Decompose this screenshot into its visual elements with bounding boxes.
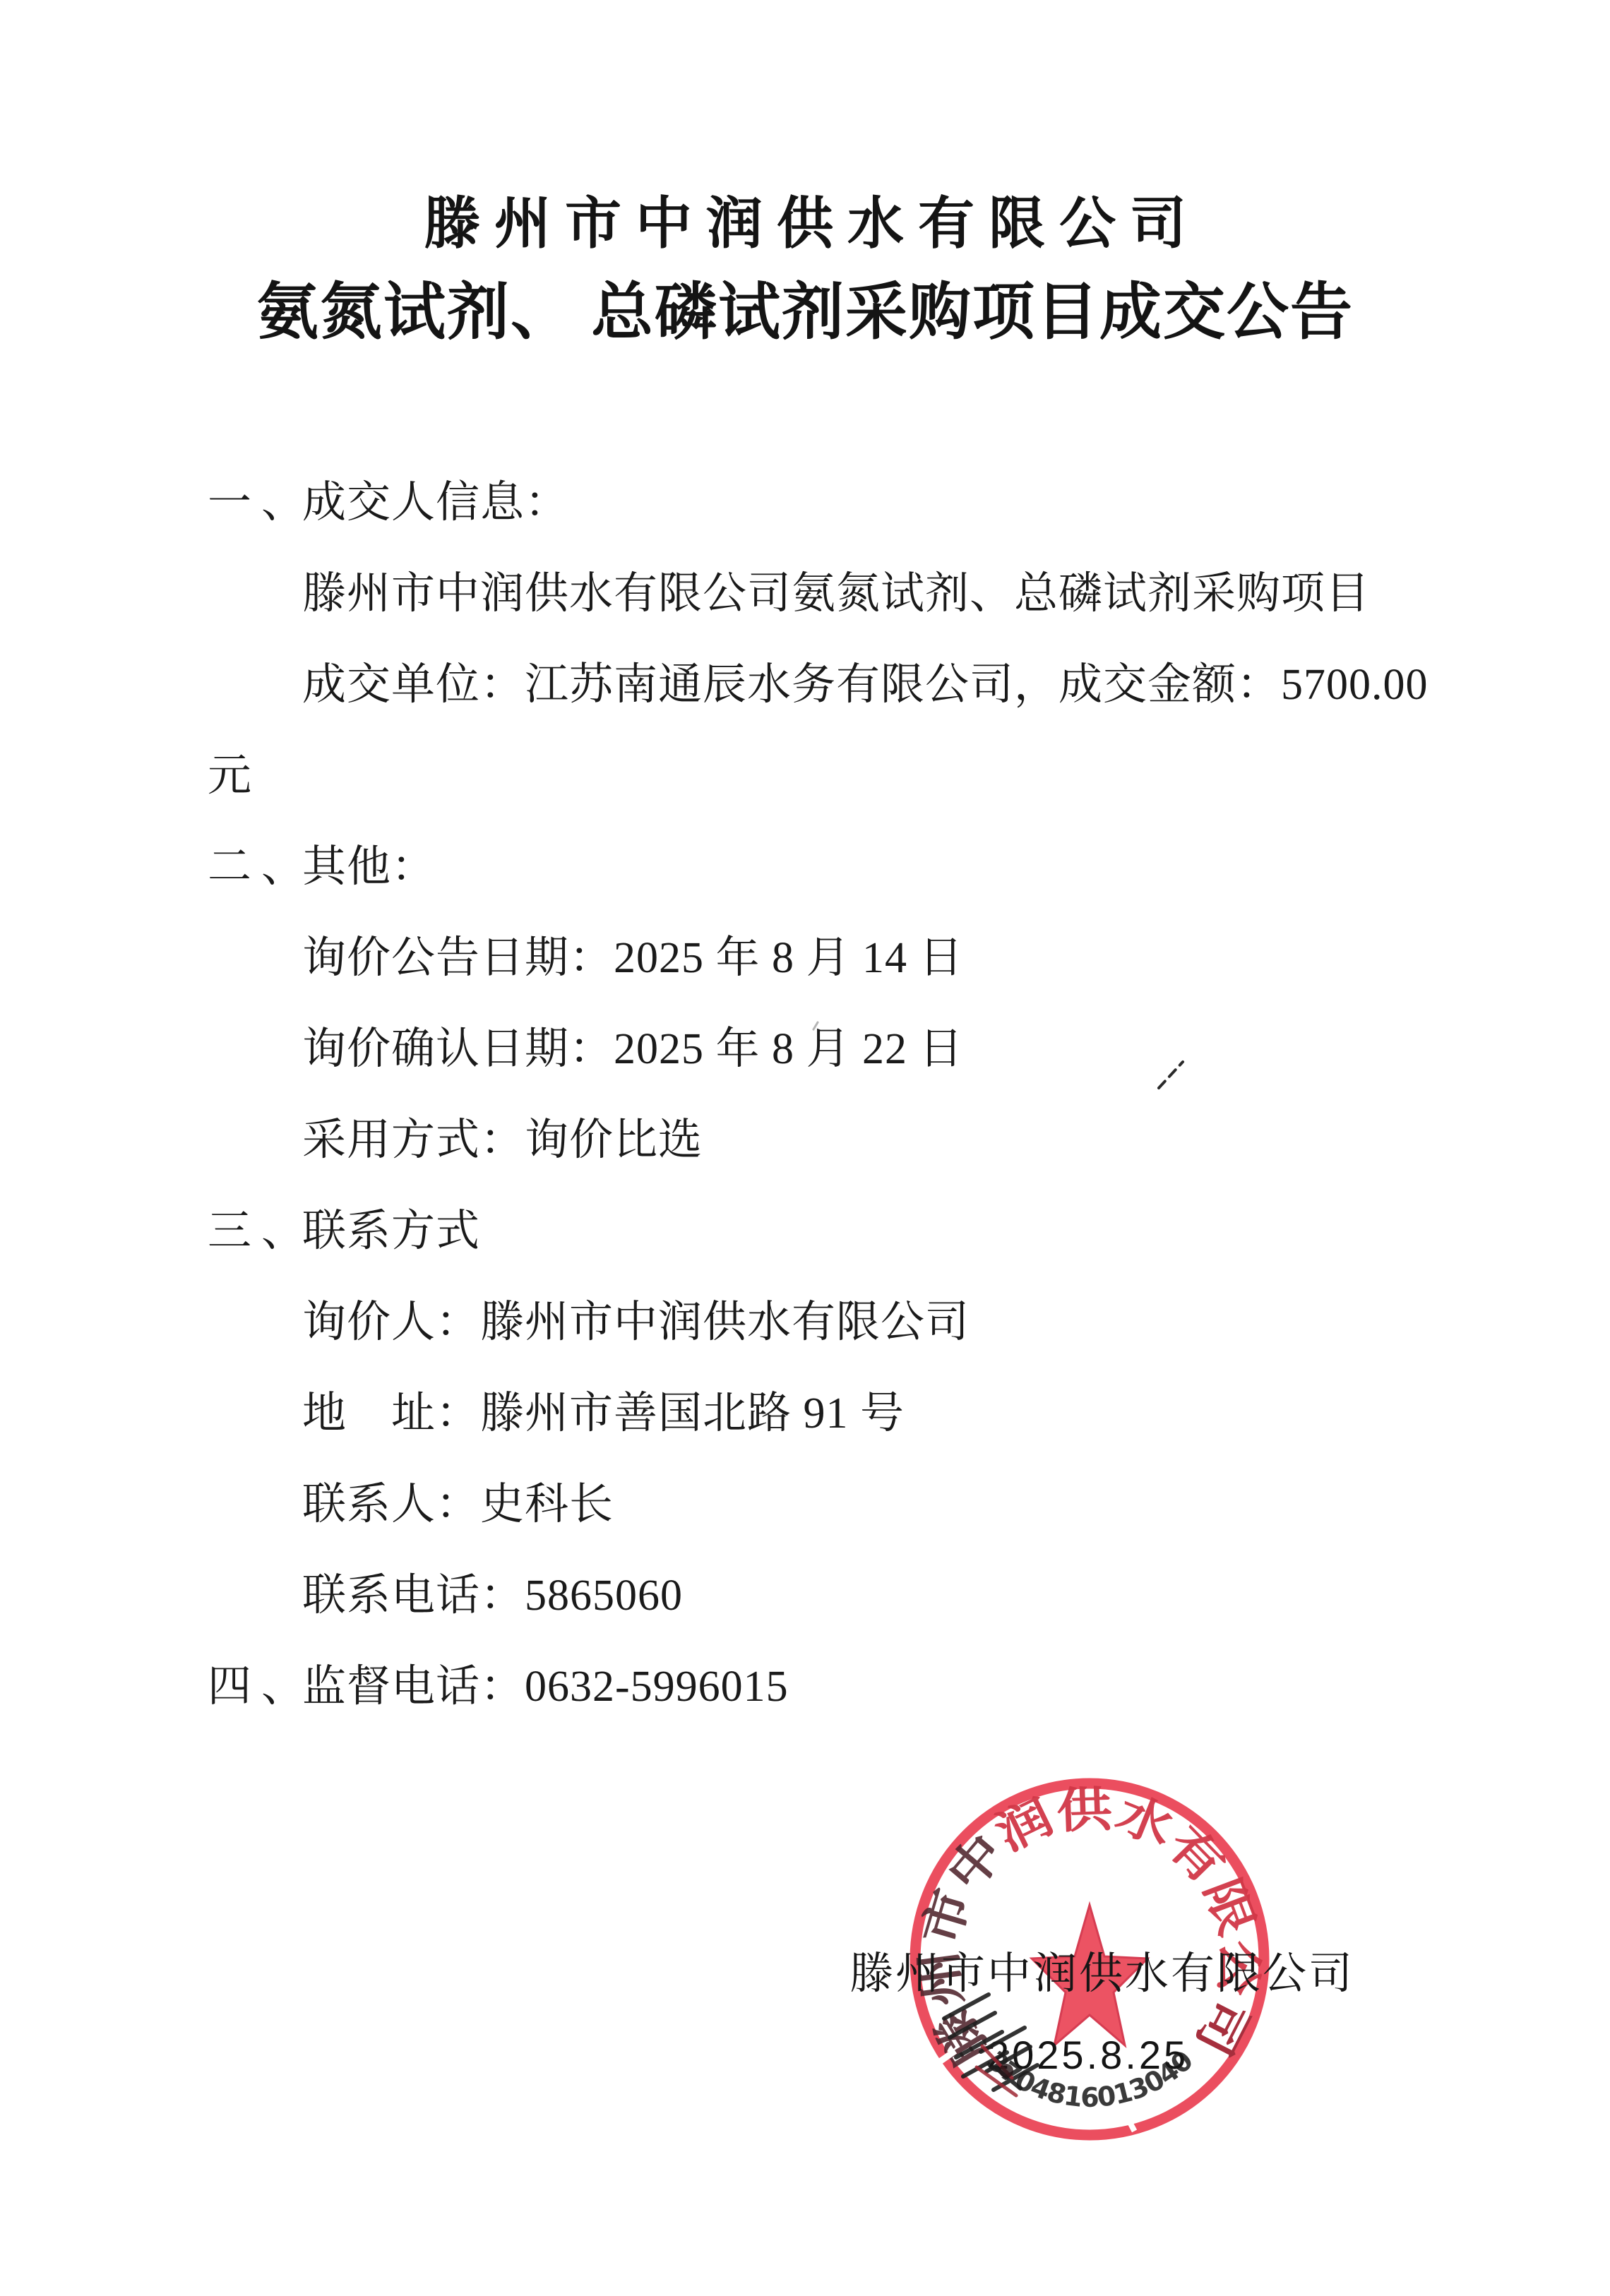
line-text: 采用方式：询价比选 [302, 1112, 703, 1168]
document-line: 联系电话：5865060 [0, 1567, 1610, 1658]
document-title-line-2: 氨氮试剂、 总磷试剂采购项目成交公告 [0, 282, 1610, 345]
line-text: 其他： [302, 839, 436, 895]
document-line: 询价人：滕州市中润供水有限公司 [0, 1294, 1610, 1385]
line-text: 联系人：史科长 [302, 1476, 614, 1533]
line-section-marker: 四、 [208, 1658, 315, 1715]
line-text: 询价确认日期：2025 年 8 月 22 日 [302, 1021, 964, 1077]
line-text: 成交单位：江苏南通辰水务有限公司，成交金额：5700.00 [302, 657, 1429, 713]
line-text: 成交人信息： [302, 474, 569, 531]
line-text: 监督电话：0632-5996015 [302, 1658, 789, 1715]
document-line: 询价公告日期：2025 年 8 月 14 日 [0, 930, 1610, 1021]
line-section-marker: 三、 [208, 1203, 315, 1260]
document-line: 成交单位：江苏南通辰水务有限公司，成交金额：5700.00 [0, 657, 1610, 748]
document-line: 元 [0, 748, 1610, 839]
line-text: 联系方式 [302, 1203, 480, 1260]
line-section-marker: 一、 [208, 474, 315, 531]
line-text: 询价人：滕州市中润供水有限公司 [302, 1294, 970, 1351]
document-line: 三、联系方式 [0, 1203, 1610, 1294]
seal-arc-text-end-part: 司 [1186, 1990, 1258, 2064]
line-text: 联系电话：5865060 [302, 1567, 683, 1624]
line-text: 滕州市中润供水有限公司氨氮试剂、总磷试剂采购项目 [302, 566, 1370, 622]
document-title: 滕州市中润供水有限公司 氨氮试剂、 总磷试剂采购项目成交公告 [0, 196, 1610, 345]
document-line: 四、监督电话：0632-5996015 [0, 1658, 1610, 1750]
document-line: 联系人：史科长 [0, 1476, 1610, 1567]
scanned-document-page: 滕州市中润供水有限公司 氨氮试剂、 总磷试剂采购项目成交公告 一、成交人信息：滕… [0, 0, 1610, 2296]
document-body: 一、成交人信息：滕州市中润供水有限公司氨氮试剂、总磷试剂采购项目成交单位：江苏南… [0, 474, 1610, 1750]
document-line: 询价确认日期：2025 年 8 月 22 日 [0, 1021, 1610, 1112]
document-line: 一、成交人信息： [0, 474, 1610, 566]
document-line: 滕州市中润供水有限公司氨氮试剂、总磷试剂采购项目 [0, 566, 1610, 657]
document-line: 采用方式：询价比选 [0, 1112, 1610, 1203]
signature-company-text: 滕州市中润供水有限公司 [849, 1938, 1354, 2001]
document-line: 二、其他： [0, 839, 1610, 930]
document-line: 地 址：滕州市善国北路 91 号 [0, 1385, 1610, 1476]
document-title-line-1: 滕州市中润供水有限公司 [0, 196, 1610, 253]
line-text: 元 [208, 748, 252, 804]
line-text: 询价公告日期：2025 年 8 月 14 日 [302, 930, 964, 986]
signature-date-text: 2025.8.25 [987, 2032, 1188, 2078]
line-section-marker: 二、 [208, 839, 315, 895]
line-text: 地 址：滕州市善国北路 91 号 [302, 1385, 905, 1442]
